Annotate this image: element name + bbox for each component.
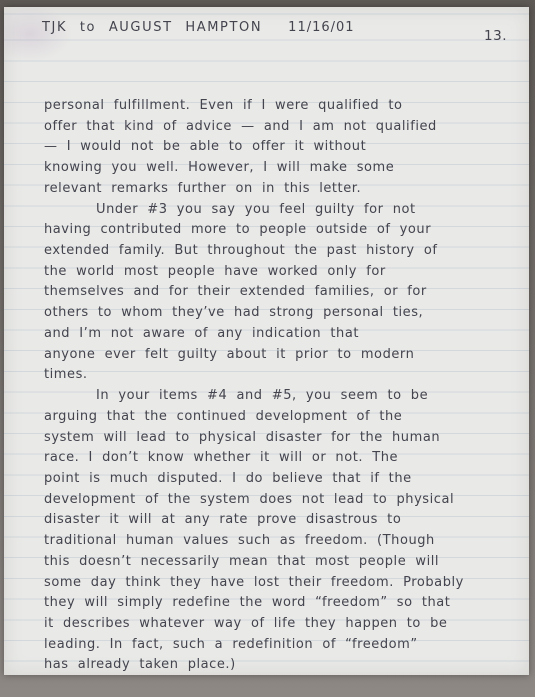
handwritten-line: this doesn’t necessarily mean that most … xyxy=(44,552,503,573)
page-number: 13. xyxy=(484,28,507,44)
handwritten-line: In your items #4 and #5, you seem to be xyxy=(44,386,503,407)
handwritten-line: others to whom they’ve had strong person… xyxy=(44,303,503,324)
handwritten-line: relevant remarks further on in this lett… xyxy=(44,179,503,200)
handwritten-line: some day think they have lost their free… xyxy=(44,573,503,594)
handwritten-line: Under #3 you say you feel guilty for not xyxy=(44,200,503,221)
handwritten-line: system will lead to physical disaster fo… xyxy=(44,428,503,449)
handwritten-line: and I’m not aware of any indication that xyxy=(44,324,503,345)
handwritten-line: traditional human values such as freedom… xyxy=(44,531,503,552)
handwritten-line: — I would not be able to offer it withou… xyxy=(44,137,503,158)
header-date: 11/16/01 xyxy=(288,20,354,35)
handwritten-line: offer that kind of advice — and I am not… xyxy=(44,117,503,138)
handwritten-line: race. I don’t know whether it will or no… xyxy=(44,448,503,469)
handwritten-line: times. xyxy=(44,365,503,386)
handwritten-line: knowing you well. However, I will make s… xyxy=(44,158,503,179)
letter-page: TJK to AUGUST HAMPTON11/16/01 13. person… xyxy=(4,7,529,675)
handwritten-line: having contributed more to people outsid… xyxy=(44,220,503,241)
scan-background: TJK to AUGUST HAMPTON11/16/01 13. person… xyxy=(0,0,535,697)
page-header: TJK to AUGUST HAMPTON11/16/01 xyxy=(42,20,509,35)
handwritten-line: themselves and for their extended famili… xyxy=(44,282,503,303)
letter-body: personal fulfillment. Even if I were qua… xyxy=(44,96,503,676)
header-correspondents: TJK to AUGUST HAMPTON xyxy=(42,20,262,35)
handwritten-line: leading. In fact, such a redefinition of… xyxy=(44,635,503,656)
handwritten-line: it describes whatever way of life they h… xyxy=(44,614,503,635)
handwritten-line: development of the system does not lead … xyxy=(44,490,503,511)
handwritten-line: they will simply redefine the word “free… xyxy=(44,593,503,614)
handwritten-line: the world most people have worked only f… xyxy=(44,262,503,283)
handwritten-line: personal fulfillment. Even if I were qua… xyxy=(44,96,503,117)
handwritten-line: arguing that the continued development o… xyxy=(44,407,503,428)
handwritten-line: has already taken place.) xyxy=(44,655,503,676)
handwritten-line: anyone ever felt guilty about it prior t… xyxy=(44,345,503,366)
handwritten-line: extended family. But throughout the past… xyxy=(44,241,503,262)
handwritten-line: disaster it will at any rate prove disas… xyxy=(44,510,503,531)
handwritten-line: point is much disputed. I do believe tha… xyxy=(44,469,503,490)
